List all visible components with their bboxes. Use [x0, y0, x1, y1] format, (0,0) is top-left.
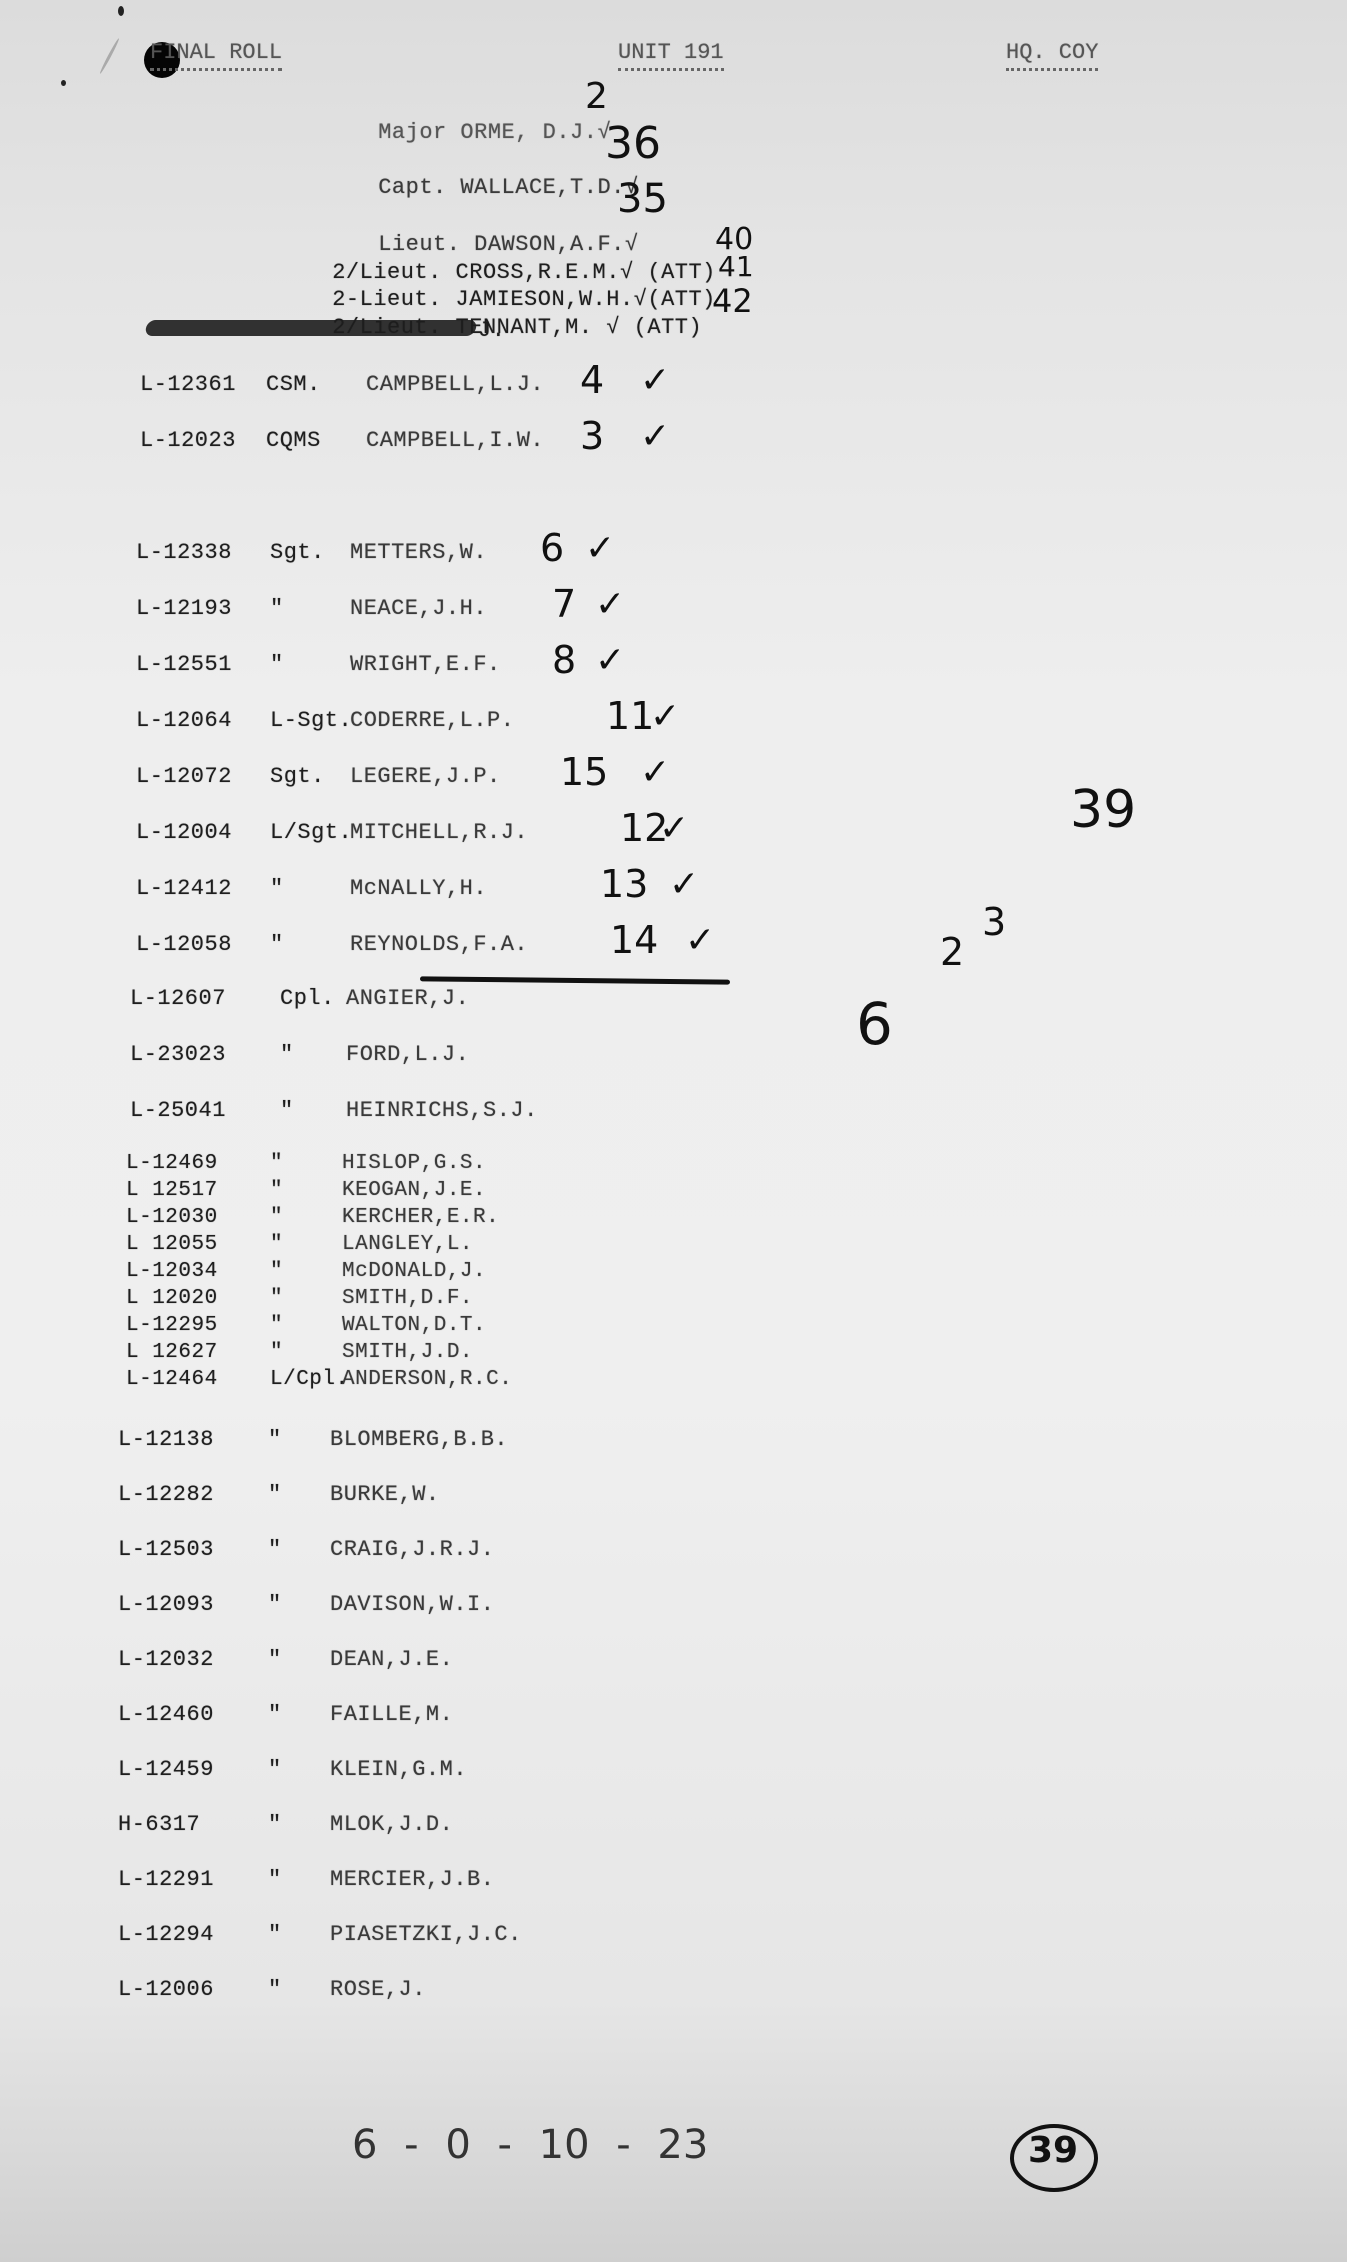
- soldier-name: CAMPBELL,I.W.: [366, 428, 544, 453]
- handwritten-number: 41: [718, 250, 754, 283]
- soldier-name: DEAN,J.E.: [330, 1647, 453, 1672]
- rank: ": [270, 932, 284, 957]
- service-number: L-12460: [118, 1702, 214, 1727]
- soldier-name: LEGERE,J.P.: [350, 764, 501, 789]
- soldier-name: KLEIN,G.M.: [330, 1757, 467, 1782]
- pencil-mark: [99, 38, 120, 75]
- check-mark-icon: ✓: [669, 864, 699, 905]
- soldier-name: KERCHER,E.R.: [342, 1206, 499, 1229]
- soldier-name: SMITH,D.F.: [342, 1287, 473, 1310]
- service-number: L-25041: [130, 1098, 226, 1123]
- soldier-name: HISLOP,G.S.: [342, 1152, 486, 1175]
- service-number: L-12004: [136, 820, 232, 845]
- handwritten-number: 7: [552, 582, 576, 626]
- check-mark-icon: ✓: [650, 696, 680, 737]
- rank: ": [270, 1152, 283, 1175]
- service-number: L-12072: [136, 764, 232, 789]
- soldier-name: CAMPBELL,L.J.: [366, 372, 544, 397]
- service-number: L-12338: [136, 540, 232, 565]
- struck-out-entry: [144, 320, 477, 336]
- rank: ": [268, 1592, 282, 1617]
- soldier-name: PIASETZKI,J.C.: [330, 1922, 522, 1947]
- handwritten-number: 6: [540, 526, 564, 570]
- service-number: L 12517: [126, 1179, 218, 1202]
- rank: ": [268, 1482, 282, 1507]
- soldier-name: HEINRICHS,S.J.: [346, 1098, 538, 1123]
- check-mark-icon: ✓: [595, 640, 625, 681]
- service-number: L-12193: [136, 596, 232, 621]
- rank: ": [270, 1206, 283, 1229]
- soldier-name: MITCHELL,R.J.: [350, 820, 528, 845]
- service-number: L 12627: [126, 1341, 218, 1364]
- service-number: L-12034: [126, 1260, 218, 1283]
- handwritten-number: 42: [712, 282, 753, 320]
- rank: CQMS: [266, 428, 321, 453]
- soldier-name: KEOGAN,J.E.: [342, 1179, 486, 1202]
- rank: ": [268, 1647, 282, 1672]
- service-number: L-12294: [118, 1922, 214, 1947]
- rank: Sgt.: [270, 764, 325, 789]
- rank: ": [280, 1098, 294, 1123]
- rank: CSM.: [266, 372, 321, 397]
- company-label: HQ. COY: [1006, 40, 1098, 71]
- unit-label: UNIT 191: [618, 40, 724, 71]
- rank: ": [268, 1537, 282, 1562]
- soldier-name: SMITH,J.D.: [342, 1341, 473, 1364]
- soldier-name: DAVISON,W.I.: [330, 1592, 494, 1617]
- check-mark-icon: ✓: [640, 416, 670, 457]
- soldier-name: WRIGHT,E.F.: [350, 652, 501, 677]
- ink-speck: [118, 6, 124, 16]
- page-number: 39: [1028, 2130, 1078, 2171]
- rank: ": [280, 1042, 294, 1067]
- service-number: L-12459: [118, 1757, 214, 1782]
- check-mark-icon: ✓: [640, 752, 670, 793]
- rank: ": [270, 596, 284, 621]
- officer-name: Capt. WALLACE,T.D.: [378, 175, 625, 200]
- service-number: L 12020: [126, 1287, 218, 1310]
- rank: L/Sgt.: [270, 820, 352, 845]
- rank: ": [268, 1812, 282, 1837]
- rank: ": [270, 1260, 283, 1283]
- service-number: L-23023: [130, 1042, 226, 1067]
- handwritten-number: 36: [605, 118, 661, 169]
- attached-note: (ATT): [634, 315, 703, 340]
- margin-tally-digit: 6: [856, 990, 893, 1058]
- handwritten-number: 4: [580, 358, 604, 402]
- rank: L-Sgt.: [270, 708, 352, 733]
- rank: Cpl.: [280, 986, 335, 1011]
- service-number: L-12023: [140, 428, 236, 453]
- rank: ": [268, 1757, 282, 1782]
- service-number: L-12469: [126, 1152, 218, 1175]
- soldier-name: MERCIER,J.B.: [330, 1867, 494, 1892]
- soldier-name: METTERS,W.: [350, 540, 487, 565]
- service-number: L-12006: [118, 1977, 214, 2002]
- service-number: L-12464: [126, 1368, 218, 1391]
- rank: L/Cpl.: [270, 1368, 349, 1391]
- service-number: L-12291: [118, 1867, 214, 1892]
- handwritten-number: 11: [606, 694, 654, 738]
- soldier-name: ANGIER,J.: [346, 986, 469, 1011]
- rank: ": [268, 1867, 282, 1892]
- check-mark-icon: ✓: [595, 584, 625, 625]
- ink-speck: [61, 80, 66, 86]
- rank: ": [270, 876, 284, 901]
- soldier-name: NEACE,J.H.: [350, 596, 487, 621]
- rank: ": [268, 1922, 282, 1947]
- soldier-name: MLOK,J.D.: [330, 1812, 453, 1837]
- rank: ": [270, 1179, 283, 1202]
- rank: ": [268, 1977, 282, 2002]
- soldier-name: LANGLEY,L.: [342, 1233, 473, 1256]
- handwritten-number: 13: [600, 862, 648, 906]
- soldier-name: ROSE,J.: [330, 1977, 426, 2002]
- service-number: L-12295: [126, 1314, 218, 1337]
- handwritten-number: 15: [560, 750, 608, 794]
- rank: ": [268, 1427, 282, 1452]
- margin-tally-digit: 3: [982, 900, 1006, 944]
- handwritten-number: 2: [585, 76, 608, 117]
- check-mark: √: [606, 315, 620, 340]
- check-mark-icon: ✓: [685, 920, 715, 961]
- rank: ": [270, 1287, 283, 1310]
- officer-name: Major ORME, D.J.: [378, 120, 597, 145]
- soldier-name: CODERRE,L.P.: [350, 708, 514, 733]
- soldier-name: FORD,L.J.: [346, 1042, 469, 1067]
- soldier-name: WALTON,D.T.: [342, 1314, 486, 1337]
- handwritten-number: 14: [610, 918, 658, 962]
- rank: Sgt.: [270, 540, 325, 565]
- handwritten-number: 3: [580, 414, 604, 458]
- rank: ": [268, 1702, 282, 1727]
- margin-total: 39: [1070, 780, 1136, 840]
- rank: ": [270, 1233, 283, 1256]
- check-mark-icon: ✓: [585, 528, 615, 569]
- service-number: L-12282: [118, 1482, 214, 1507]
- check-mark-icon: ✓: [640, 360, 670, 401]
- rank: ": [270, 1341, 283, 1364]
- soldier-name: REYNOLDS,F.A.: [350, 932, 528, 957]
- footer-tally: 6 - 0 - 10 - 23: [352, 2122, 708, 2168]
- check-mark-icon: ✓: [659, 808, 689, 849]
- roll-title: FINAL ROLL: [150, 40, 282, 71]
- service-number: L-12058: [136, 932, 232, 957]
- service-number: L-12138: [118, 1427, 214, 1452]
- margin-tally-digit: 2: [940, 930, 964, 974]
- rank: ": [270, 652, 284, 677]
- handwritten-number: 35: [617, 176, 668, 222]
- soldier-name: FAILLE,M.: [330, 1702, 453, 1727]
- soldier-name: BLOMBERG,B.B.: [330, 1427, 508, 1452]
- scanned-page: FINAL ROLL UNIT 191 HQ. COY Major ORME, …: [0, 0, 1347, 2262]
- service-number: L-12503: [118, 1537, 214, 1562]
- handwritten-number: 8: [552, 638, 576, 682]
- service-number: L-12030: [126, 1206, 218, 1229]
- service-number: L-12361: [140, 372, 236, 397]
- service-number: L-12551: [136, 652, 232, 677]
- service-number: L-12607: [130, 986, 226, 1011]
- soldier-name: McNALLY,H.: [350, 876, 487, 901]
- soldier-name: ANDERSON,R.C.: [342, 1368, 512, 1391]
- service-number: L-12412: [136, 876, 232, 901]
- soldier-name: McDONALD,J.: [342, 1260, 486, 1283]
- service-number: H-6317: [118, 1812, 200, 1837]
- service-number: L 12055: [126, 1233, 218, 1256]
- rank: ": [270, 1314, 283, 1337]
- service-number: L-12093: [118, 1592, 214, 1617]
- soldier-name: CRAIG,J.R.J.: [330, 1537, 494, 1562]
- service-number: L-12064: [136, 708, 232, 733]
- soldier-name: BURKE,W.: [330, 1482, 440, 1507]
- service-number: L-12032: [118, 1647, 214, 1672]
- handwritten-underline: [420, 976, 730, 984]
- struck-entry-tail: J.: [478, 318, 505, 343]
